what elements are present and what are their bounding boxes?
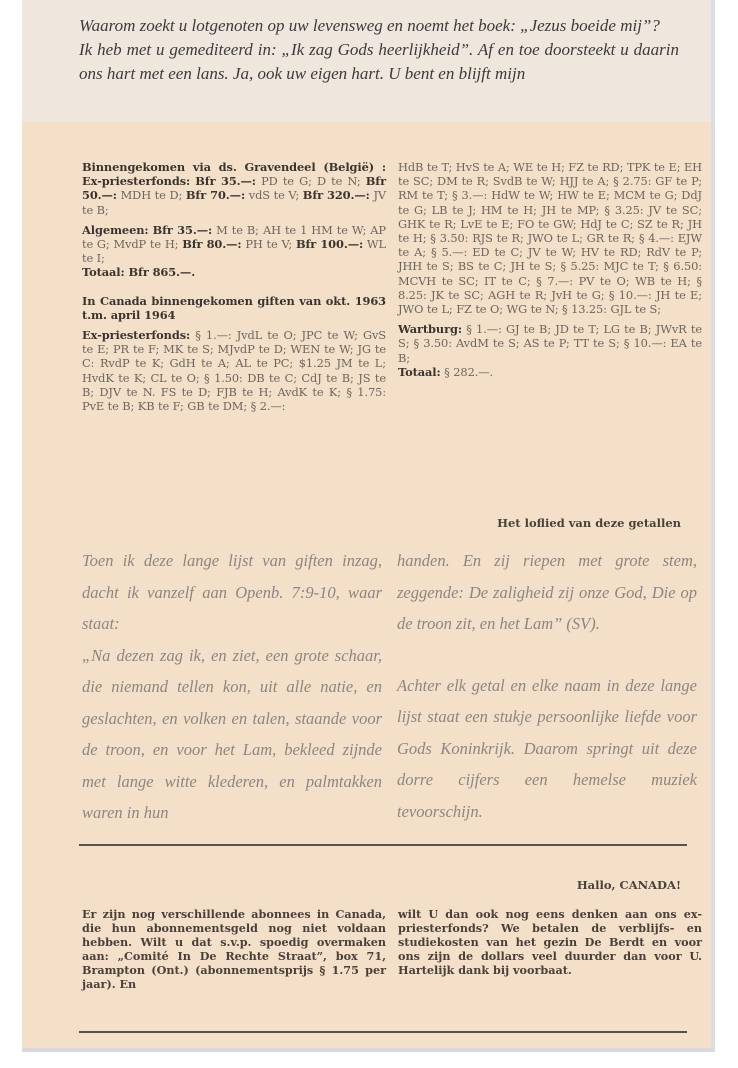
canada-heading: In Canada binnengekomen giften van okt. … [82,294,386,322]
loflied-column-left: Toen ik deze lange lijst van giften inza… [82,545,382,829]
section-title-hallo-canada: Hallo, CANADA! [577,878,681,892]
divider-rule-bottom [79,1031,687,1033]
canada-ex-fund-left: Ex-priesterfonds: § 1.—: JvdL te O; JPC … [82,328,386,413]
donations-column-right: HdB te T; HvS te A; WE te H; FZ te RD; T… [398,160,702,385]
hallo-canada-column-right: wilt U dan ook nog eens denken aan ons e… [398,907,702,977]
hallo-canada-column-left: Er zijn nog verschillende abonnees in Ca… [82,907,386,991]
intro-paragraph-2: Ik heb met u gemediteerd in: „Ik zag God… [79,38,679,86]
divider-rule [79,844,687,846]
donations-column-left: Binnengekomen via ds. Gravendeel (België… [82,160,386,419]
canada-wartburg: Wartburg: § 1.—: GJ te B; JD te T; LG te… [398,322,702,379]
intro-text: Waarom zoekt u lotgenoten op uw levenswe… [79,14,679,86]
scanned-page: Waarom zoekt u lotgenoten op uw levenswe… [22,0,715,1052]
intro-paragraph-1: Waarom zoekt u lotgenoten op uw levenswe… [79,14,679,38]
section-title-loflied: Het loflied van deze getallen [497,516,681,530]
canada-total: § 282.—. [444,365,493,379]
loflied-column-right: handen. En zij riepen met grote stem, ze… [397,545,697,827]
canada-ex-fund-right: HdB te T; HvS te A; WE te H; FZ te RD; T… [398,160,702,316]
belgium-donations: Binnengekomen via ds. Gravendeel (België… [82,160,386,217]
belgium-total: Totaal: Bfr 865.—. [82,265,195,279]
belgium-general: Algemeen: Bfr 35.—: M te B; AH te 1 HM t… [82,223,386,280]
